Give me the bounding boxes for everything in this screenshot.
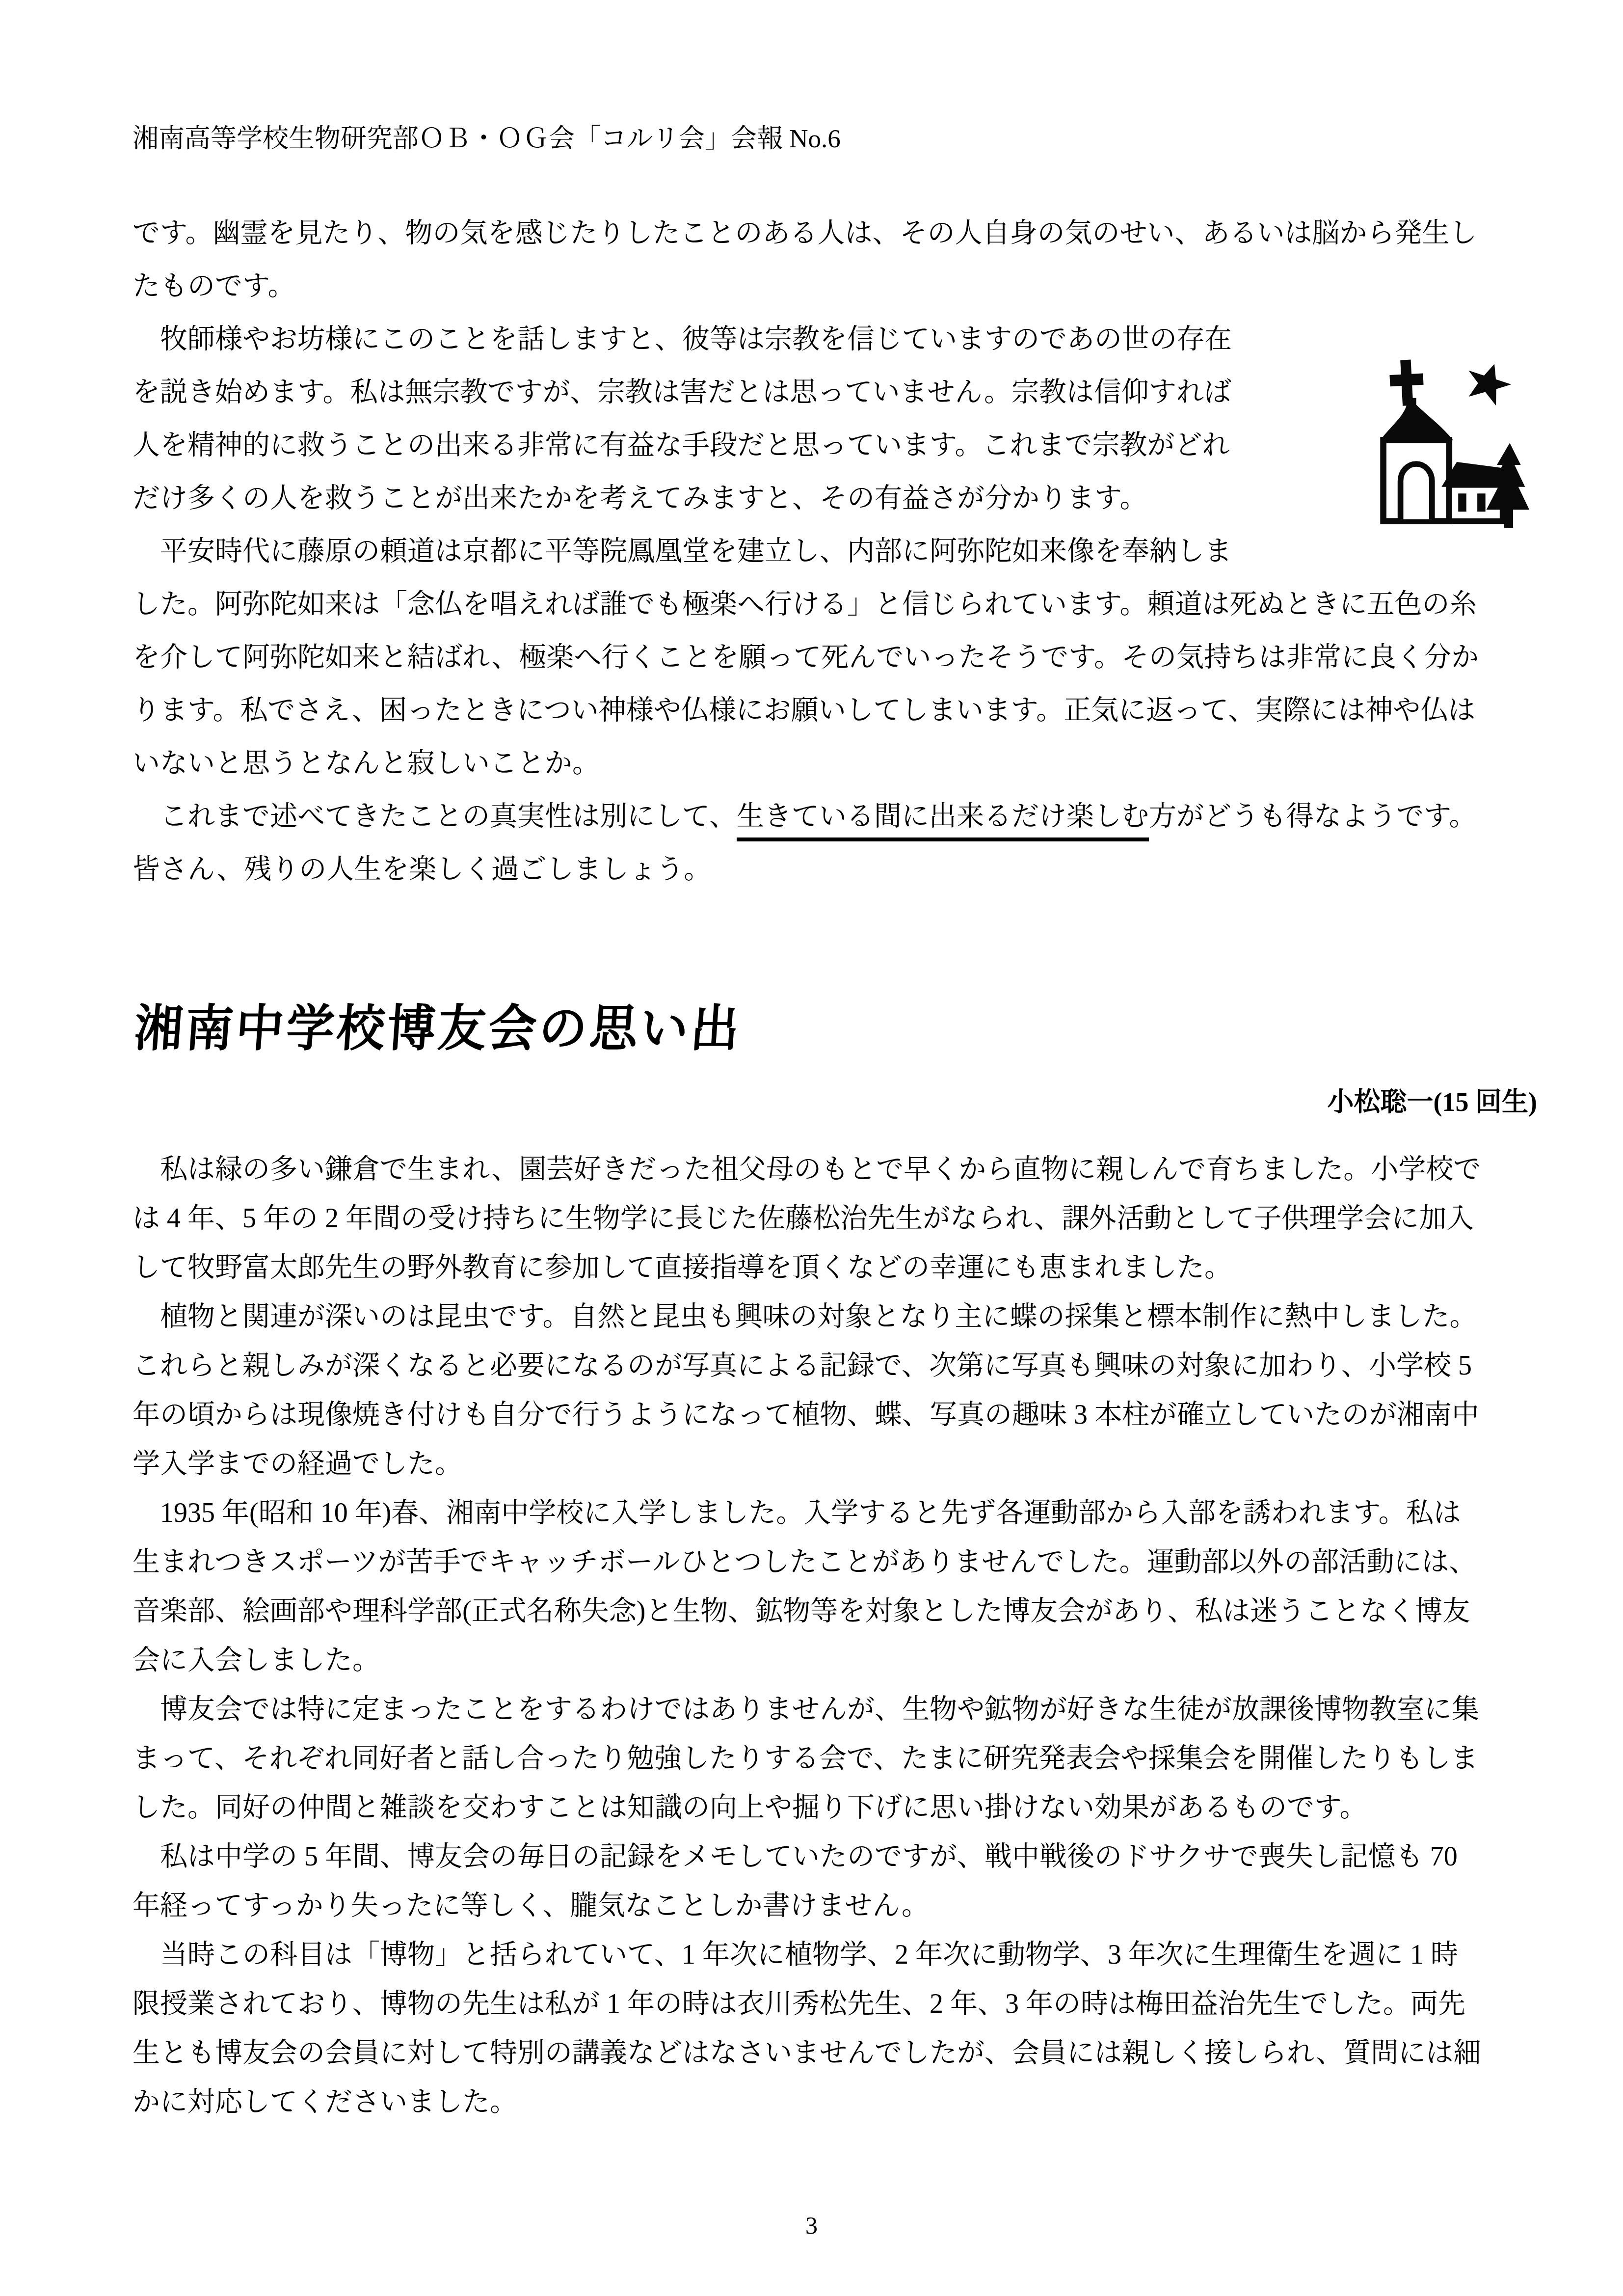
text-line: かに対応してくださいました。	[133, 2078, 1490, 2127]
article-2-author: 小松聡一(15 回生)	[133, 1086, 1537, 1118]
text-line: を説き始めます。私は無宗教ですが、宗教は害だとは思っていません。宗教は信仰すれば	[133, 366, 1490, 419]
star-icon	[1461, 357, 1516, 408]
window-icon	[1458, 493, 1466, 512]
text-line: 植物と関連が深いのは昆虫です。自然と昆虫も興味の対象となり主に蝶の採集と標本制作…	[133, 1292, 1490, 1341]
text-line: 会に入会しました。	[133, 1636, 1490, 1685]
text-line: 1935 年(昭和 10 年)春、湘南中学校に入学しました。入学すると先ず各運動…	[133, 1488, 1490, 1538]
article-2-title: 湘南中学校博友会の思い出	[133, 999, 1495, 1059]
newsletter-page: 湘南高等学校生物研究部ＯＢ・ＯＧ会「コルリ会」会報 No.6	[0, 0, 1623, 2296]
text-line: 年の頃からは現像焼き付けも自分で行うようになって植物、蝶、写真の趣味 3 本柱が…	[133, 1390, 1490, 1439]
text-line: 平安時代に藤原の頼道は京都に平等院鳳凰堂を建立し、内部に阿弥陀如来像を奉納しま	[133, 525, 1490, 578]
text-line: 学入学までの経過でした。	[133, 1439, 1490, 1488]
text-line: した。同好の仲間と雑談を交わすことは知識の向上や掘り下げに思い掛けない効果がある…	[133, 1783, 1490, 1832]
text-line: 博友会では特に定まったことをするわけではありませんが、生物や鉱物が好きな生徒が放…	[133, 1685, 1490, 1734]
article-2-body: 私は緑の多い鎌倉で生まれ、園芸好きだった祖父母のもとで早くから直物に親しんで育ち…	[133, 1145, 1490, 2127]
text-line: は 4 年、5 年の 2 年間の受け持ちに生物学に長じた佐藤松治先生がなられ、課…	[133, 1194, 1490, 1243]
text-line: まって、それぞれ同好者と話し合ったり勉強したりする会で、たまに研究発表会や採集会…	[133, 1734, 1490, 1783]
text-line: だけ多くの人を救うことが出来たかを考えてみますと、その有益さが分かります。	[133, 472, 1490, 525]
arched-door	[1401, 464, 1432, 519]
church-illustration	[1359, 339, 1531, 555]
article-1-body: です。幽霊を見たり、物の気を感じたりしたことのある人は、その人自身の気のせい、あ…	[133, 207, 1490, 896]
newsletter-header-title: 湘南高等学校生物研究部ＯＢ・ＯＧ会「コルリ会」会報 No.6	[133, 123, 1490, 155]
text-line: 牧師様やお坊様にこのことを話しますと、彼等は宗教を信じていますのであの世の存在	[133, 313, 1490, 366]
church-star-tree-image	[1359, 339, 1531, 555]
text-line: たものです。	[133, 260, 1490, 313]
text-line: 音楽部、絵画部や理科学部(正式名称失念)と生物、鉱物等を対象とした博友会があり、…	[133, 1587, 1490, 1636]
text-line: です。幽霊を見たり、物の気を感じたりしたことのある人は、その人自身の気のせい、あ…	[133, 207, 1490, 260]
text-line: 限授業されており、博物の先生は私が 1 年の時は衣川秀松先生、2 年、3 年の時…	[133, 1979, 1490, 2028]
text-line: ります。私でさえ、困ったときについ神様や仏様にお願いしてしまいます。正気に返って…	[133, 684, 1490, 737]
text-segment: 方がどうも得なようです。	[1149, 801, 1477, 832]
page-number: 3	[0, 2211, 1623, 2240]
text-line: 皆さん、残りの人生を楽しく過ごしましょう。	[133, 843, 1490, 896]
steeple-roof	[1381, 398, 1453, 440]
window-icon	[1477, 493, 1486, 512]
text-segment: これまで述べてきたことの真実性は別にして、	[133, 801, 737, 832]
text-line: いないと思うとなんと寂しいことか。	[133, 737, 1490, 790]
text-line: して牧野富太郎先生の野外教育に参加して直接指導を頂くなどの幸運にも恵まれました。	[133, 1243, 1490, 1292]
text-line: 私は中学の 5 年間、博友会の毎日の記録をメモしていたのですが、戦中戦後のドサク…	[133, 1832, 1490, 1881]
text-line: を介して阿弥陀如来と結ばれ、極楽へ行くことを願って死んでいったそうです。その気持…	[133, 631, 1490, 684]
text-line: した。阿弥陀如来は「念仏を唱えれば誰でも極楽へ行ける」と信じられています。頼道は…	[133, 578, 1490, 631]
text-line: 生まれつきスポーツが苦手でキャッチボールひとつしたことがありませんでした。運動部…	[133, 1538, 1490, 1587]
text-line: 当時この科目は「博物」と括られていて、1 年次に植物学、2 年次に動物学、3 年…	[133, 1930, 1490, 1979]
underlined-phrase: 生きている間に出来るだけ楽しむ	[737, 801, 1149, 841]
text-line: 人を精神的に救うことの出来る非常に有益な手段だと思っています。これまで宗教がどれ	[133, 419, 1490, 472]
text-line: 生とも博友会の会員に対して特別の講義などはなさいませんでしたが、会員には親しく接…	[133, 2028, 1490, 2078]
text-line: これらと親しみが深くなると必要になるのが写真による記録で、次第に写真も興味の対象…	[133, 1341, 1490, 1390]
text-line: 年経ってすっかり失ったに等しく、朧気なことしか書けません。	[133, 1881, 1490, 1930]
text-line: これまで述べてきたことの真実性は別にして、生きている間に出来るだけ楽しむ方がどう…	[133, 790, 1490, 843]
text-line: 私は緑の多い鎌倉で生まれ、園芸好きだった祖父母のもとで早くから直物に親しんで育ち…	[133, 1145, 1490, 1194]
